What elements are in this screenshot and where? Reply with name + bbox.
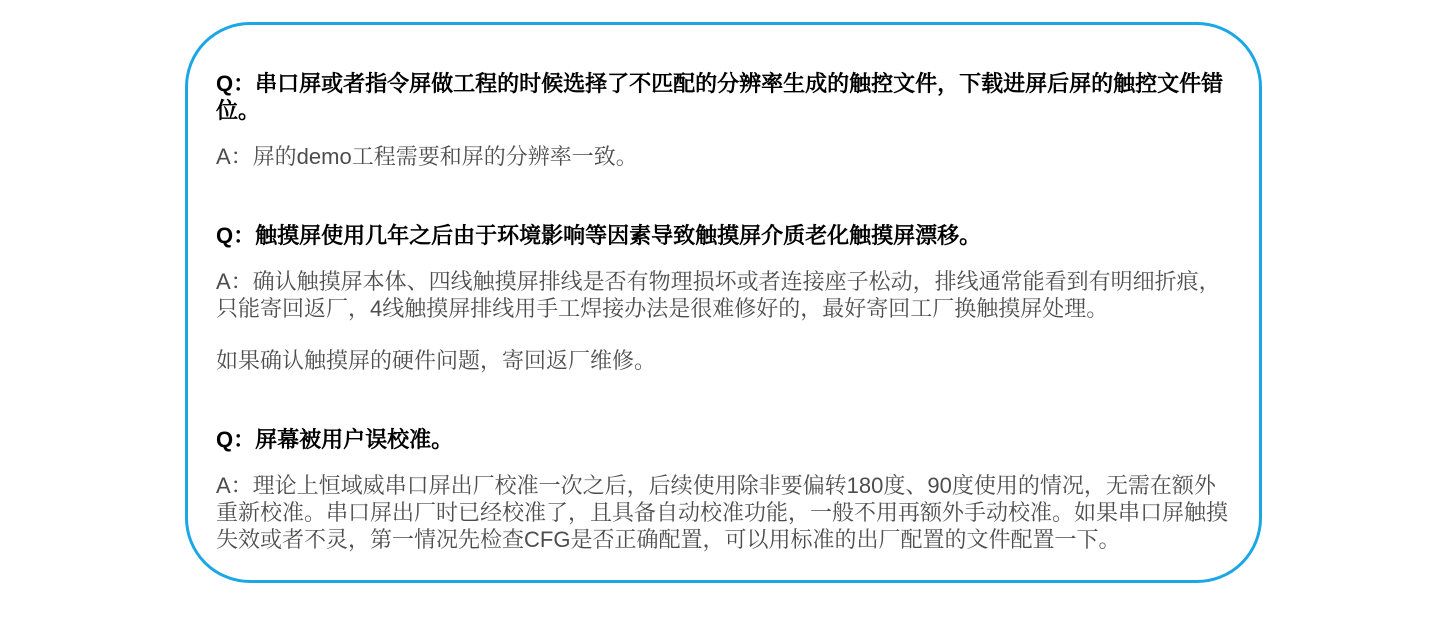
question-text: Q：触摸屏使用几年之后由于环境影响等因素导致触摸屏介质老化触摸屏漂移。	[216, 222, 1237, 249]
qa-section: Q：屏幕被用户误校准。 A：理论上恒域威串口屏出厂校准一次之后，后续使用除非要偏…	[216, 426, 1237, 553]
faq-card: Q：串口屏或者指令屏做工程的时候选择了不匹配的分辨率生成的触控文件，下载进屏后屏…	[185, 22, 1262, 583]
answer-text: A：屏的demo工程需要和屏的分辨率一致。	[216, 143, 1237, 170]
answer-text: 如果确认触摸屏的硬件问题，寄回返厂维修。	[216, 347, 1237, 374]
qa-section: Q：串口屏或者指令屏做工程的时候选择了不匹配的分辨率生成的触控文件，下载进屏后屏…	[216, 70, 1237, 170]
question-text: Q：串口屏或者指令屏做工程的时候选择了不匹配的分辨率生成的触控文件，下载进屏后屏…	[216, 70, 1237, 124]
answer-text: A：理论上恒域威串口屏出厂校准一次之后，后续使用除非要偏转180度、90度使用的…	[216, 472, 1237, 553]
question-text: Q：屏幕被用户误校准。	[216, 426, 1237, 453]
answer-text: A：确认触摸屏本体、四线触摸屏排线是否有物理损坏或者连接座子松动，排线通常能看到…	[216, 268, 1237, 322]
qa-section: Q：触摸屏使用几年之后由于环境影响等因素导致触摸屏介质老化触摸屏漂移。 A：确认…	[216, 222, 1237, 374]
page-background: Q：串口屏或者指令屏做工程的时候选择了不匹配的分辨率生成的触控文件，下载进屏后屏…	[0, 0, 1447, 620]
